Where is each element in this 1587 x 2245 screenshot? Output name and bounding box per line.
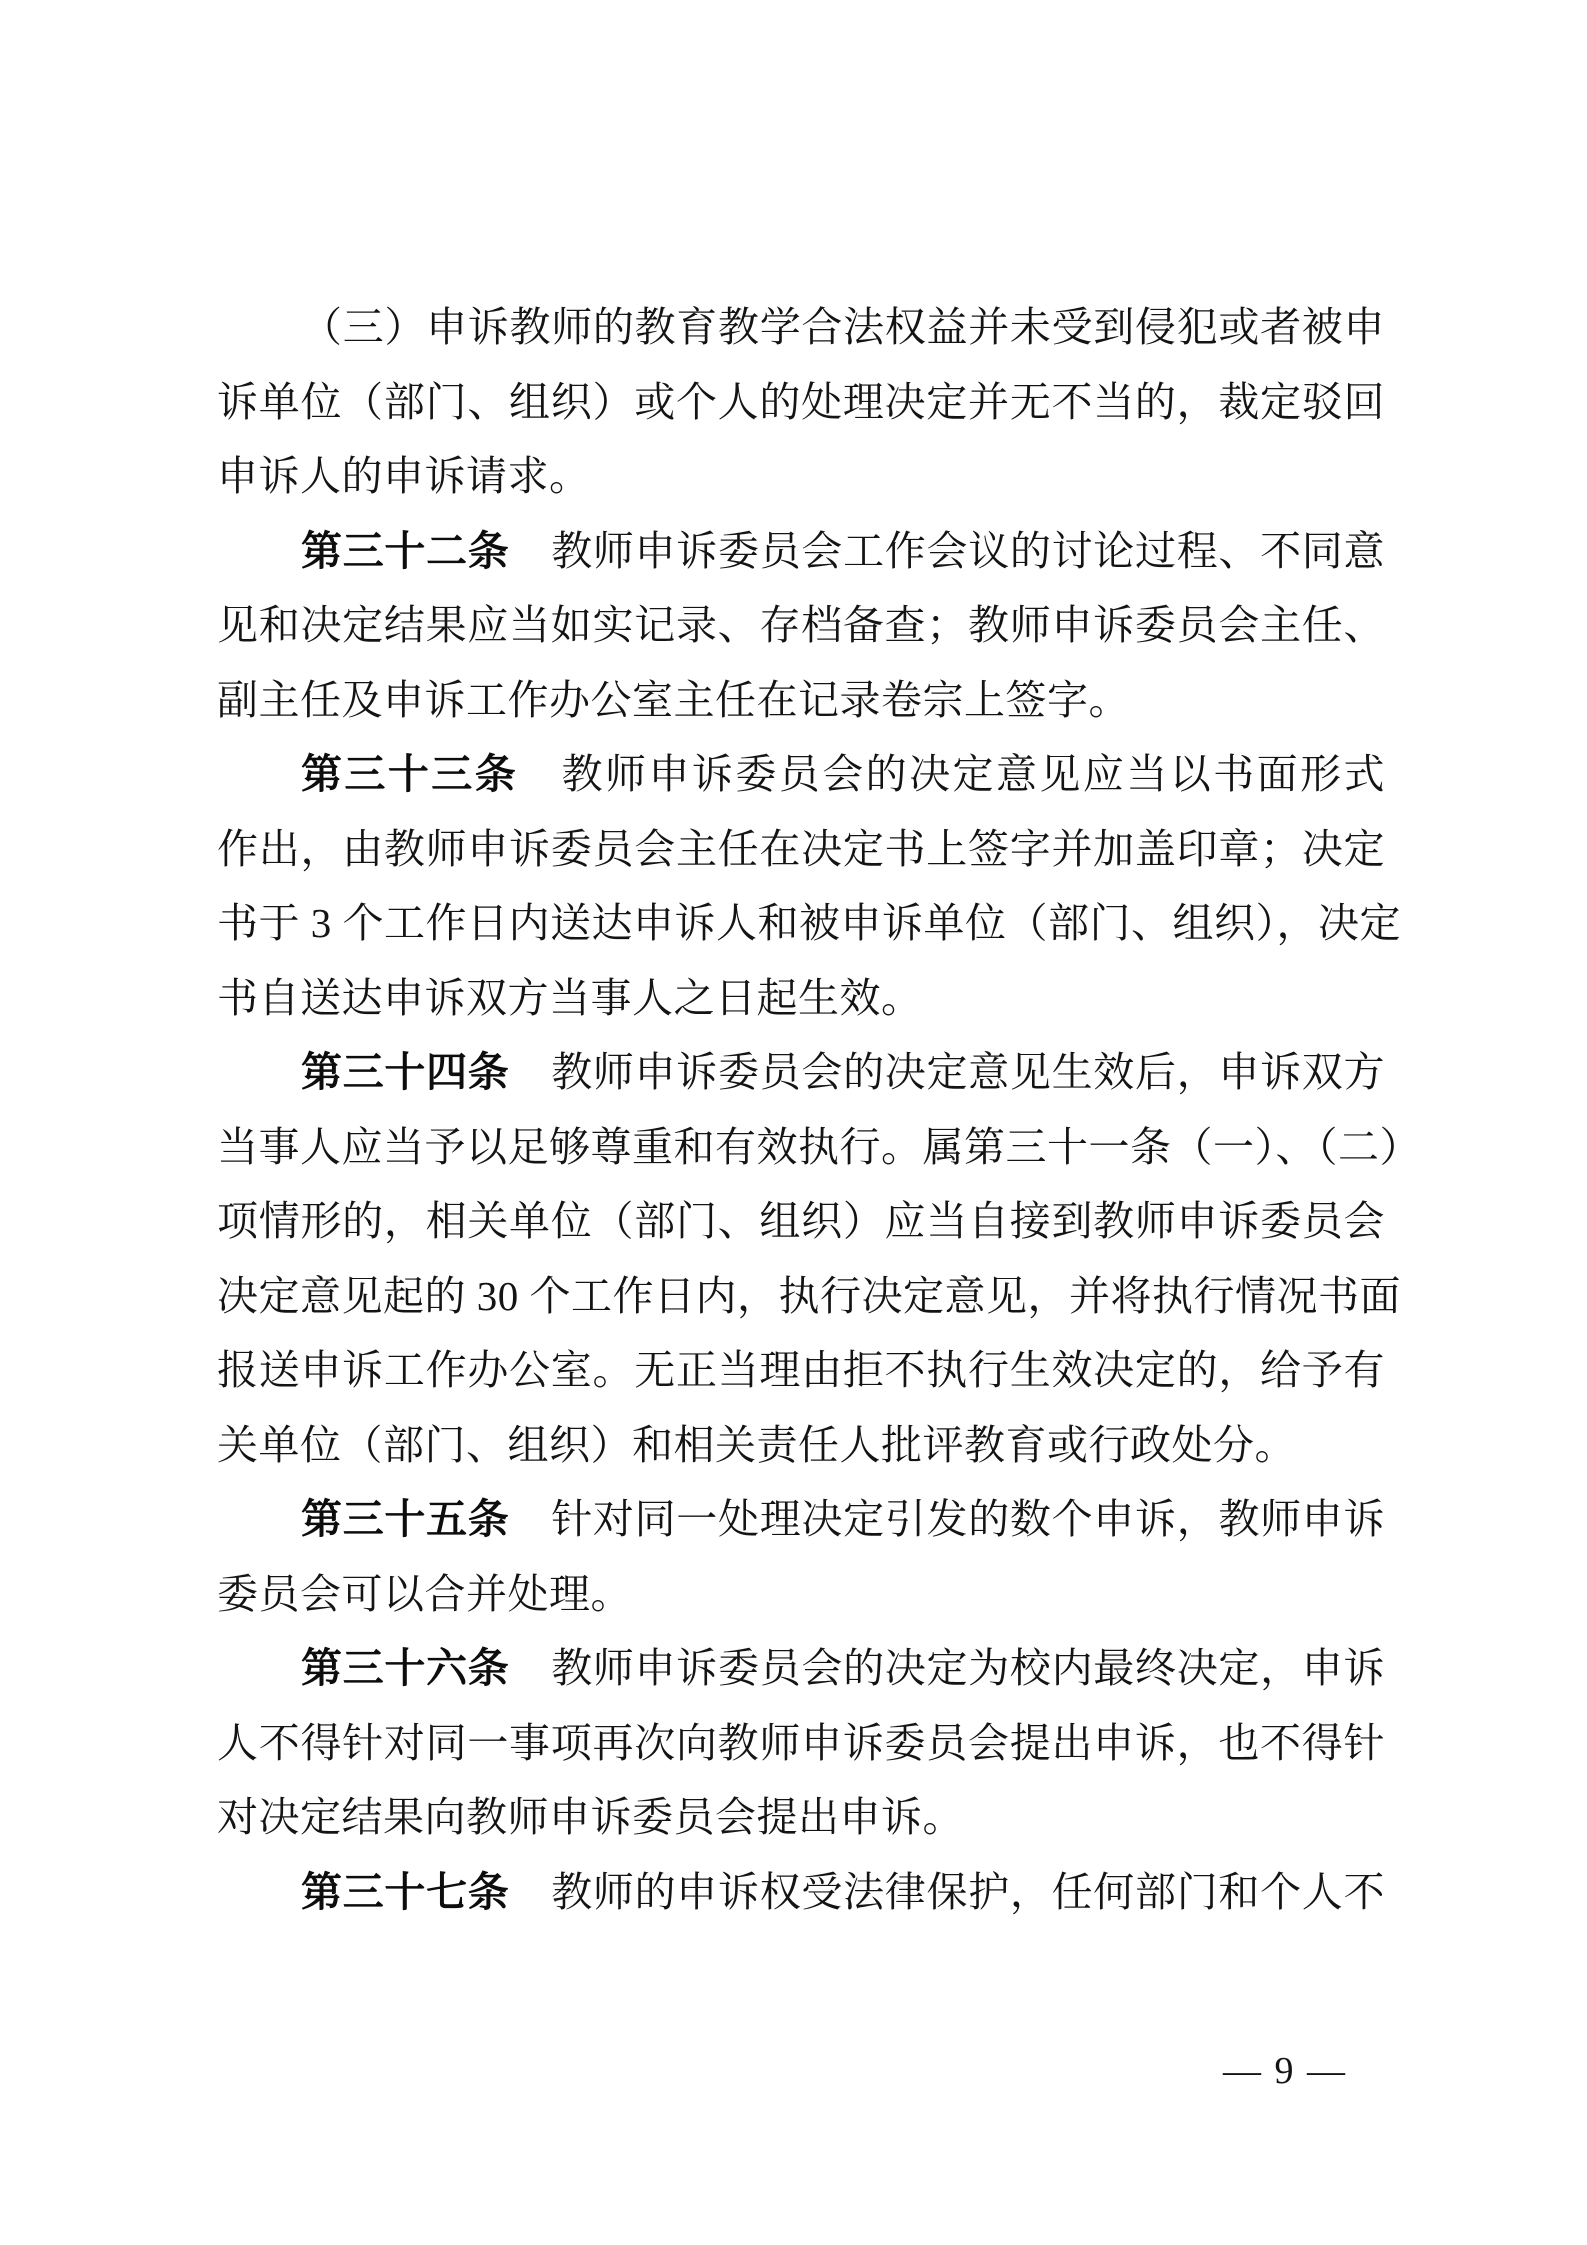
document-line: 诉单位（部门、组织）或个人的处理决定并无不当的，裁定驳回 xyxy=(217,365,1385,440)
line-text: 教师申诉委员会的决定为校内最终决定，申诉 xyxy=(510,1645,1386,1691)
line-text: 副主任及申诉工作办公室主任在记录卷宗上签字。 xyxy=(217,677,1130,723)
line-text: （三）申诉教师的教育教学合法权益并未受到侵犯或者被申 xyxy=(301,304,1385,350)
document-page: （三）申诉教师的教育教学合法权益并未受到侵犯或者被申诉单位（部门、组织）或个人的… xyxy=(0,0,1587,2245)
line-text: 当事人应当予以足够尊重和有效执行。属第三十一条（一）、（二） xyxy=(217,1124,1421,1170)
line-text: 书自送达申诉双方当事人之日起生效。 xyxy=(217,975,923,1021)
document-line: 项情形的，相关单位（部门、组织）应当自接到教师申诉委员会 xyxy=(217,1184,1385,1259)
article-heading: 第三十二条 xyxy=(301,528,510,574)
line-text: 教师的申诉权受法律保护，任何部门和个人不 xyxy=(510,1869,1386,1915)
document-line: 决定意见起的 30 个工作日内，执行决定意见，并将执行情况书面 xyxy=(217,1259,1385,1334)
line-text: 决定意见起的 30 个工作日内，执行决定意见，并将执行情况书面 xyxy=(217,1273,1401,1319)
article-heading: 第三十七条 xyxy=(301,1869,510,1915)
page-number: — 9 — xyxy=(1205,2048,1365,2094)
document-line: 第三十三条 教师申诉委员会的决定意见应当以书面形式 xyxy=(217,737,1385,812)
document-line: （三）申诉教师的教育教学合法权益并未受到侵犯或者被申 xyxy=(217,290,1385,365)
document-line: 人不得针对同一事项再次向教师申诉委员会提出申诉，也不得针 xyxy=(217,1706,1385,1781)
line-text: 见和决定结果应当如实记录、存档备查；教师申诉委员会主任、 xyxy=(217,602,1385,648)
document-line: 第三十六条 教师申诉委员会的决定为校内最终决定，申诉 xyxy=(217,1631,1385,1706)
line-text: 关单位（部门、组织）和相关责任人批评教育或行政处分。 xyxy=(217,1422,1296,1468)
document-line: 委员会可以合并处理。 xyxy=(217,1557,1385,1632)
article-heading: 第三十三条 xyxy=(301,751,518,797)
document-line: 第三十七条 教师的申诉权受法律保护，任何部门和个人不 xyxy=(217,1855,1385,1930)
document-line: 见和决定结果应当如实记录、存档备查；教师申诉委员会主任、 xyxy=(217,588,1385,663)
article-heading: 第三十四条 xyxy=(301,1049,510,1095)
line-text: 书于 3 个工作日内送达申诉人和被申诉单位（部门、组织），决定 xyxy=(217,900,1401,946)
line-text: 教师申诉委员会的决定意见生效后，申诉双方 xyxy=(510,1049,1386,1095)
line-text: 项情形的，相关单位（部门、组织）应当自接到教师申诉委员会 xyxy=(217,1198,1385,1244)
document-line: 申诉人的申诉请求。 xyxy=(217,439,1385,514)
document-text-block: （三）申诉教师的教育教学合法权益并未受到侵犯或者被申诉单位（部门、组织）或个人的… xyxy=(217,290,1385,1929)
line-text: 申诉人的申诉请求。 xyxy=(217,453,591,499)
document-line: 作出，由教师申诉委员会主任在决定书上签字并加盖印章；决定 xyxy=(217,812,1385,887)
line-text: 人不得针对同一事项再次向教师申诉委员会提出申诉，也不得针 xyxy=(217,1720,1385,1766)
document-line: 第三十二条 教师申诉委员会工作会议的讨论过程、不同意 xyxy=(217,514,1385,589)
document-line: 书于 3 个工作日内送达申诉人和被申诉单位（部门、组织），决定 xyxy=(217,886,1385,961)
document-line: 第三十五条 针对同一处理决定引发的数个申诉，教师申诉 xyxy=(217,1482,1385,1557)
line-text: 报送申诉工作办公室。无正当理由拒不执行生效决定的，给予有 xyxy=(217,1347,1385,1393)
line-text: 对决定结果向教师申诉委员会提出申诉。 xyxy=(217,1794,964,1840)
document-line: 书自送达申诉双方当事人之日起生效。 xyxy=(217,961,1385,1036)
line-text: 作出，由教师申诉委员会主任在决定书上签字并加盖印章；决定 xyxy=(217,826,1385,872)
line-text: 诉单位（部门、组织）或个人的处理决定并无不当的，裁定驳回 xyxy=(217,379,1385,425)
line-text: 教师申诉委员会工作会议的讨论过程、不同意 xyxy=(510,528,1386,574)
document-line: 关单位（部门、组织）和相关责任人批评教育或行政处分。 xyxy=(217,1408,1385,1483)
document-line: 副主任及申诉工作办公室主任在记录卷宗上签字。 xyxy=(217,663,1385,738)
article-heading: 第三十五条 xyxy=(301,1496,510,1542)
document-line: 对决定结果向教师申诉委员会提出申诉。 xyxy=(217,1780,1385,1855)
document-line: 第三十四条 教师申诉委员会的决定意见生效后，申诉双方 xyxy=(217,1035,1385,1110)
article-heading: 第三十六条 xyxy=(301,1645,510,1691)
line-text: 教师申诉委员会的决定意见应当以书面形式 xyxy=(518,751,1385,797)
line-text: 委员会可以合并处理。 xyxy=(217,1571,632,1617)
document-line: 报送申诉工作办公室。无正当理由拒不执行生效决定的，给予有 xyxy=(217,1333,1385,1408)
document-line: 当事人应当予以足够尊重和有效执行。属第三十一条（一）、（二） xyxy=(217,1110,1385,1185)
line-text: 针对同一处理决定引发的数个申诉，教师申诉 xyxy=(510,1496,1386,1542)
